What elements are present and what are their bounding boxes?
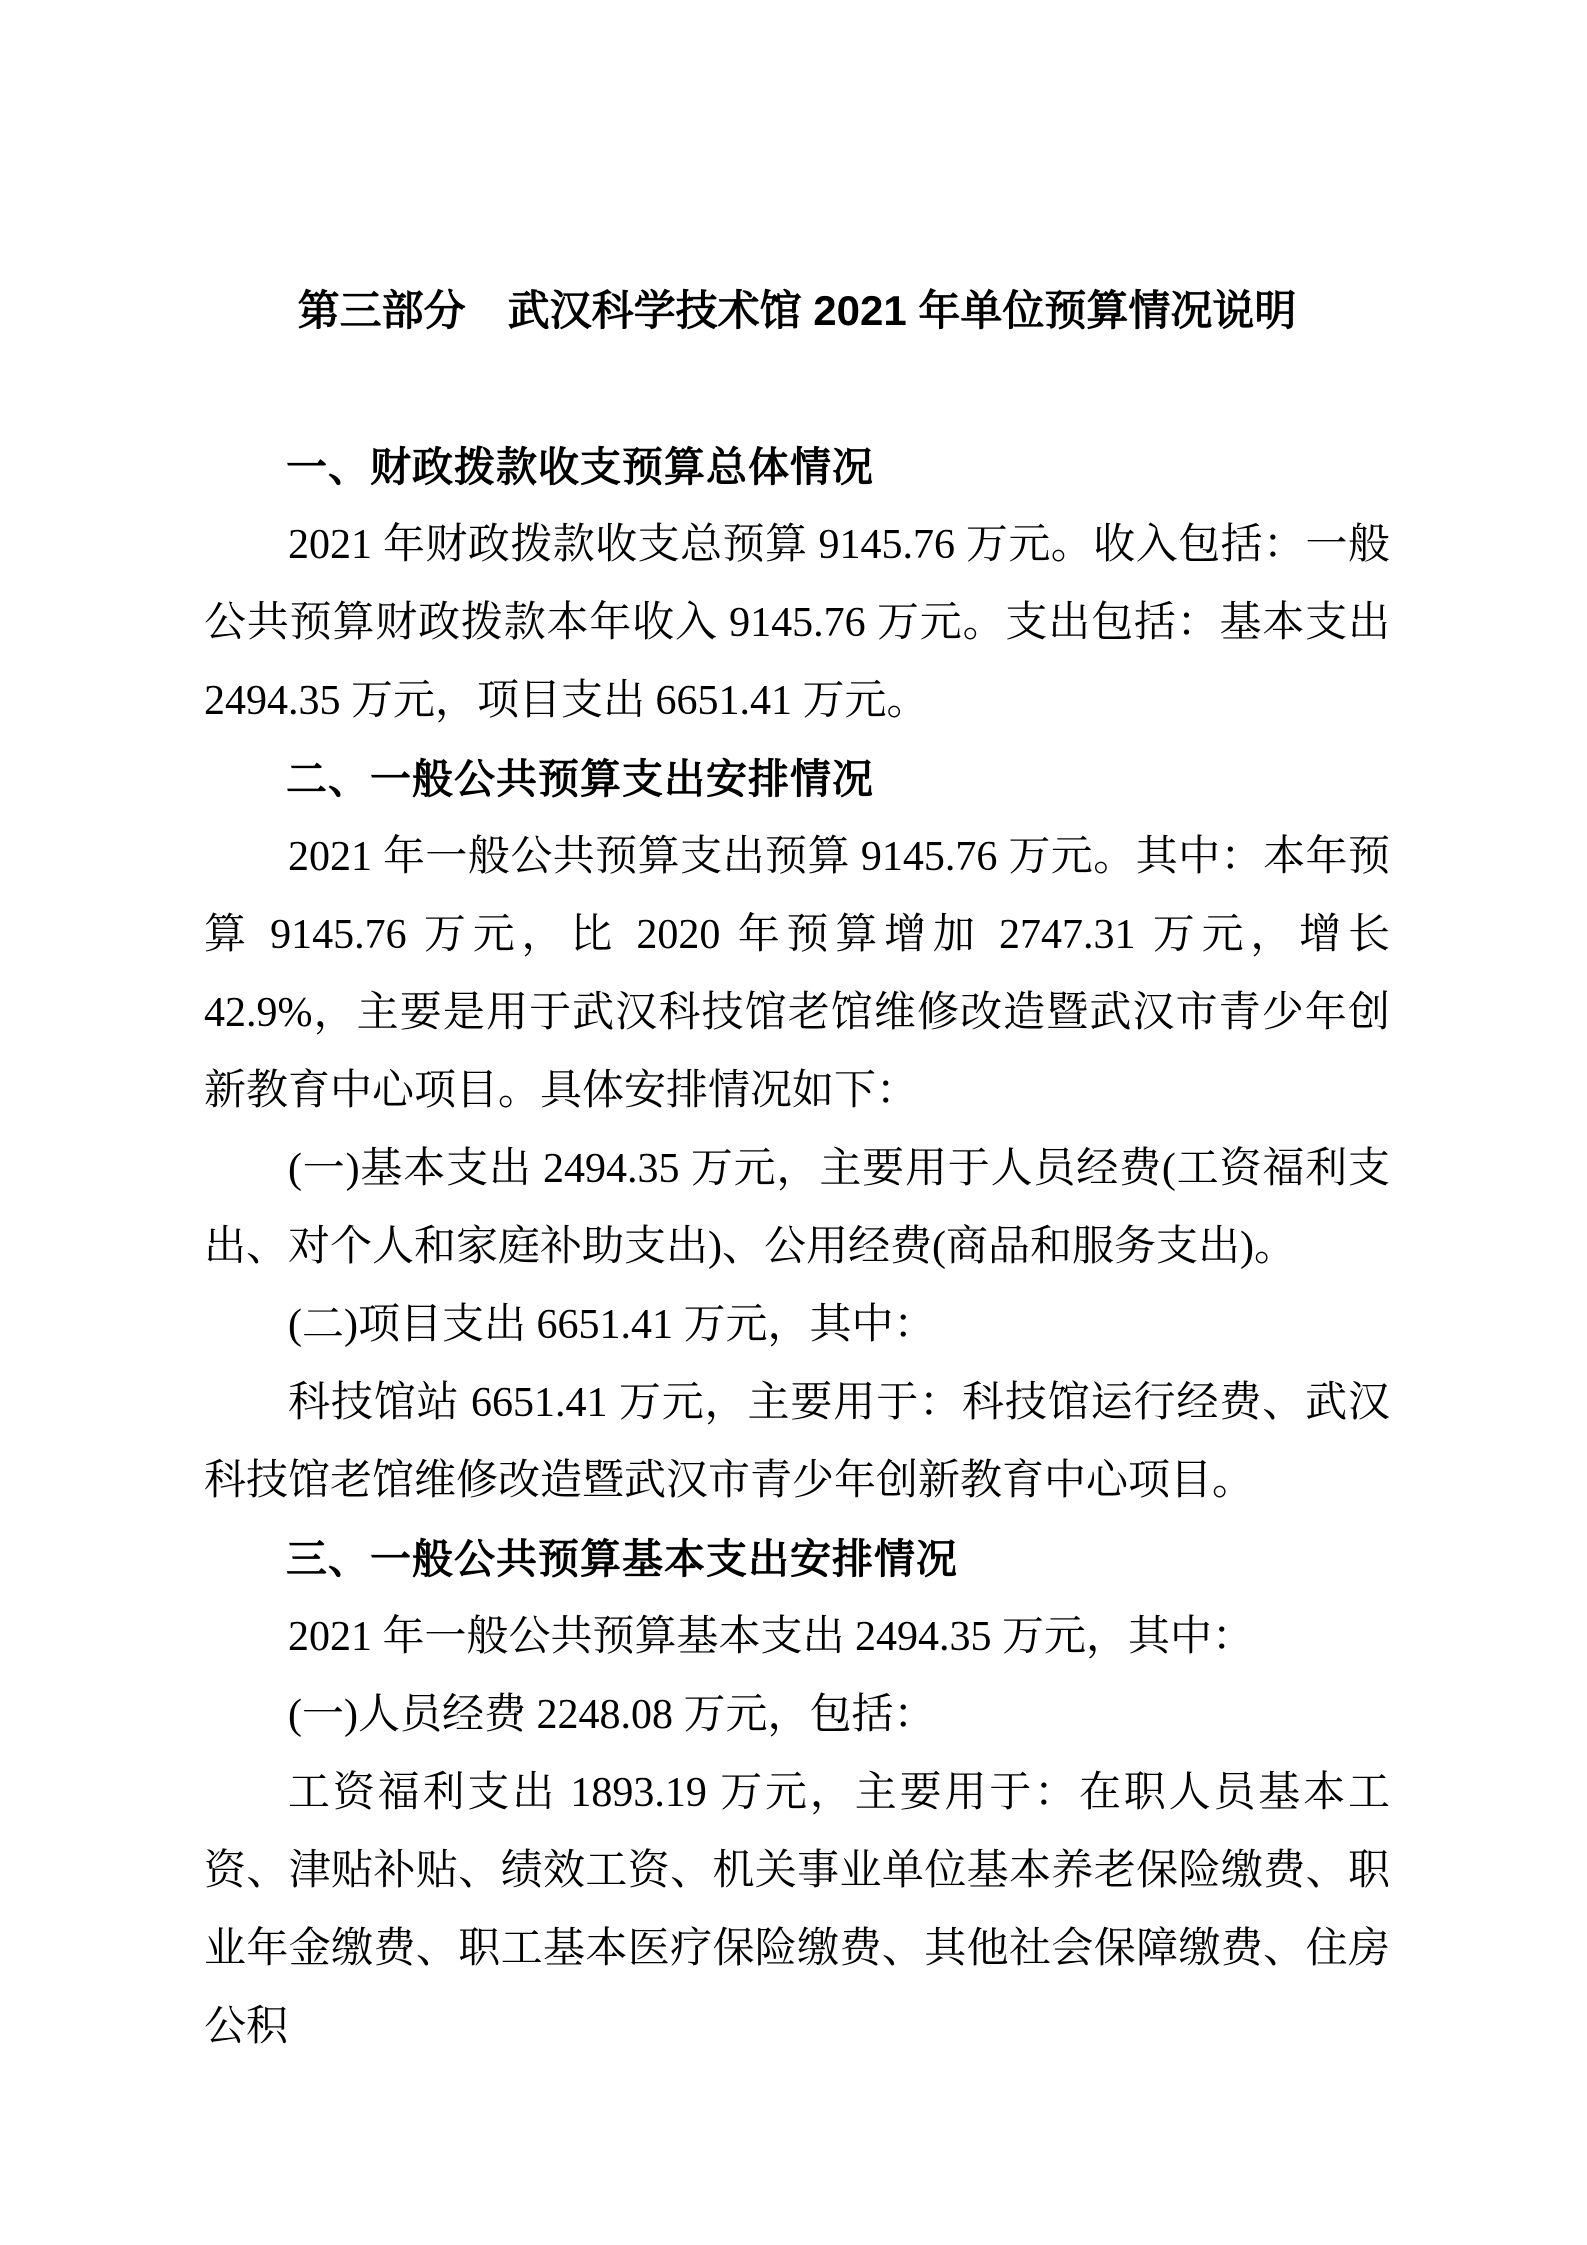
section-3-heading: 三、一般公共预算基本支出安排情况 [204,1520,1390,1598]
document-page: 第三部分 武汉科学技术馆 2021 年单位预算情况说明 一、财政拨款收支预算总体… [204,272,1390,2066]
section-2-heading: 二、一般公共预算支出安排情况 [204,740,1390,818]
section-2-paragraph-3: (二)项目支出 6651.41 万元，其中： [204,1286,1390,1364]
section-3-paragraph-2: (一)人员经费 2248.08 万元，包括： [204,1676,1390,1754]
section-basic-expenditure-arrangement: 三、一般公共预算基本支出安排情况 2021 年一般公共预算基本支出 2494.3… [204,1520,1390,2066]
section-3-paragraph-1: 2021 年一般公共预算基本支出 2494.35 万元，其中： [204,1598,1390,1676]
section-2-paragraph-2: (一)基本支出 2494.35 万元，主要用于人员经费(工资福利支出、对个人和家… [204,1130,1390,1286]
section-general-budget-expenditure-arrangement: 二、一般公共预算支出安排情况 2021 年一般公共预算支出预算 9145.76 … [204,740,1390,1520]
section-1-heading: 一、财政拨款收支预算总体情况 [204,428,1390,506]
section-3-paragraph-3: 工资福利支出 1893.19 万元，主要用于：在职人员基本工资、津贴补贴、绩效工… [204,1754,1390,2066]
document-title: 第三部分 武汉科学技术馆 2021 年单位预算情况说明 [204,272,1390,350]
section-1-paragraph-1: 2021 年财政拨款收支总预算 9145.76 万元。收入包括：一般公共预算财政… [204,506,1390,740]
section-2-paragraph-1: 2021 年一般公共预算支出预算 9145.76 万元。其中：本年预算 9145… [204,818,1390,1130]
section-fiscal-appropriation-overview: 一、财政拨款收支预算总体情况 2021 年财政拨款收支总预算 9145.76 万… [204,428,1390,740]
section-2-paragraph-4: 科技馆站 6651.41 万元，主要用于：科技馆运行经费、武汉科技馆老馆维修改造… [204,1364,1390,1520]
